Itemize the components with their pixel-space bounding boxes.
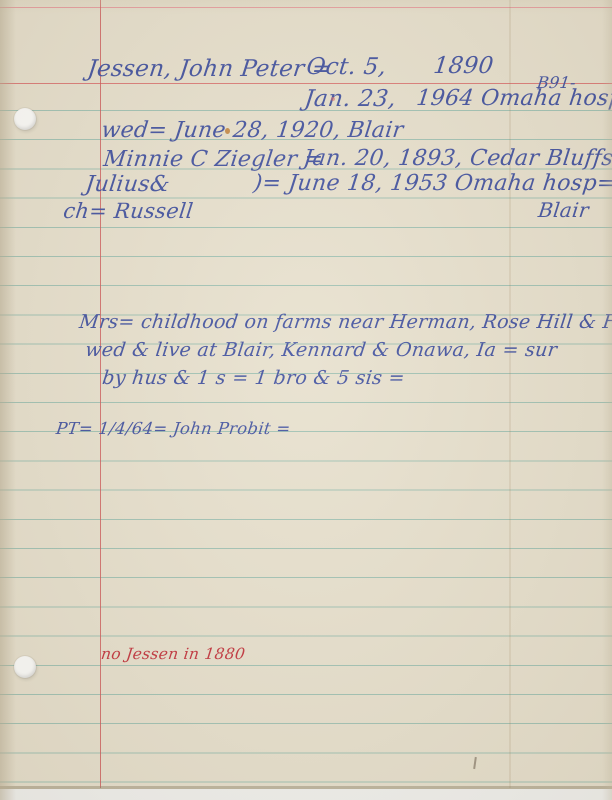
source-citation-line: PT= 1/4/64= John Probit =: [55, 420, 292, 438]
death-reference: B91-: [536, 74, 577, 92]
spouse-name: Minnie C Ziegler =: [102, 148, 325, 172]
biography-note-line-2: wed & live at Blair, Kennard & Onawa, Ia…: [84, 340, 558, 361]
death-place: 1964 Omaha hosp=: [415, 87, 612, 111]
left-margin-red-line: [100, 0, 101, 788]
hole-punch-bottom: [14, 656, 36, 678]
biography-note-line-3: by hus & 1 s = 1 bro & 5 sis =: [101, 368, 406, 389]
red-speck: [331, 97, 335, 101]
scanner-background: [0, 789, 612, 800]
header-red-line: [0, 83, 612, 84]
fold-crease: [509, 0, 511, 788]
death-date: Jan. 23,: [303, 87, 397, 112]
birth-date: Oct. 5,: [305, 55, 388, 80]
ink-speck: [225, 128, 230, 134]
person-name: Jessen, John Peter =: [86, 57, 333, 82]
marriage-line: wed= June 28, 1920, Blair: [100, 119, 405, 143]
hole-punch-top: [14, 108, 36, 130]
spouse-birth: Jan. 20, 1893, Cedar Bluffs: [302, 147, 612, 171]
spouse-death: )= June 18, 1953 Omaha hosp= B 91-1: [252, 172, 612, 196]
scanned-note-page: Jessen, John Peter = Oct. 5, 1890 Jan. 2…: [0, 0, 612, 800]
children-line: ch= Russell: [62, 200, 194, 223]
red-ink-annotation: no Jessen in 1880: [100, 646, 246, 663]
spouse-parent: Julius&: [84, 173, 171, 197]
top-edge-red-line: [0, 7, 612, 8]
birth-year: 1890: [432, 54, 495, 79]
children-place: Blair: [537, 199, 590, 221]
biography-note-line-1: Mrs= childhood on farms near Herman, Ros…: [78, 312, 612, 333]
